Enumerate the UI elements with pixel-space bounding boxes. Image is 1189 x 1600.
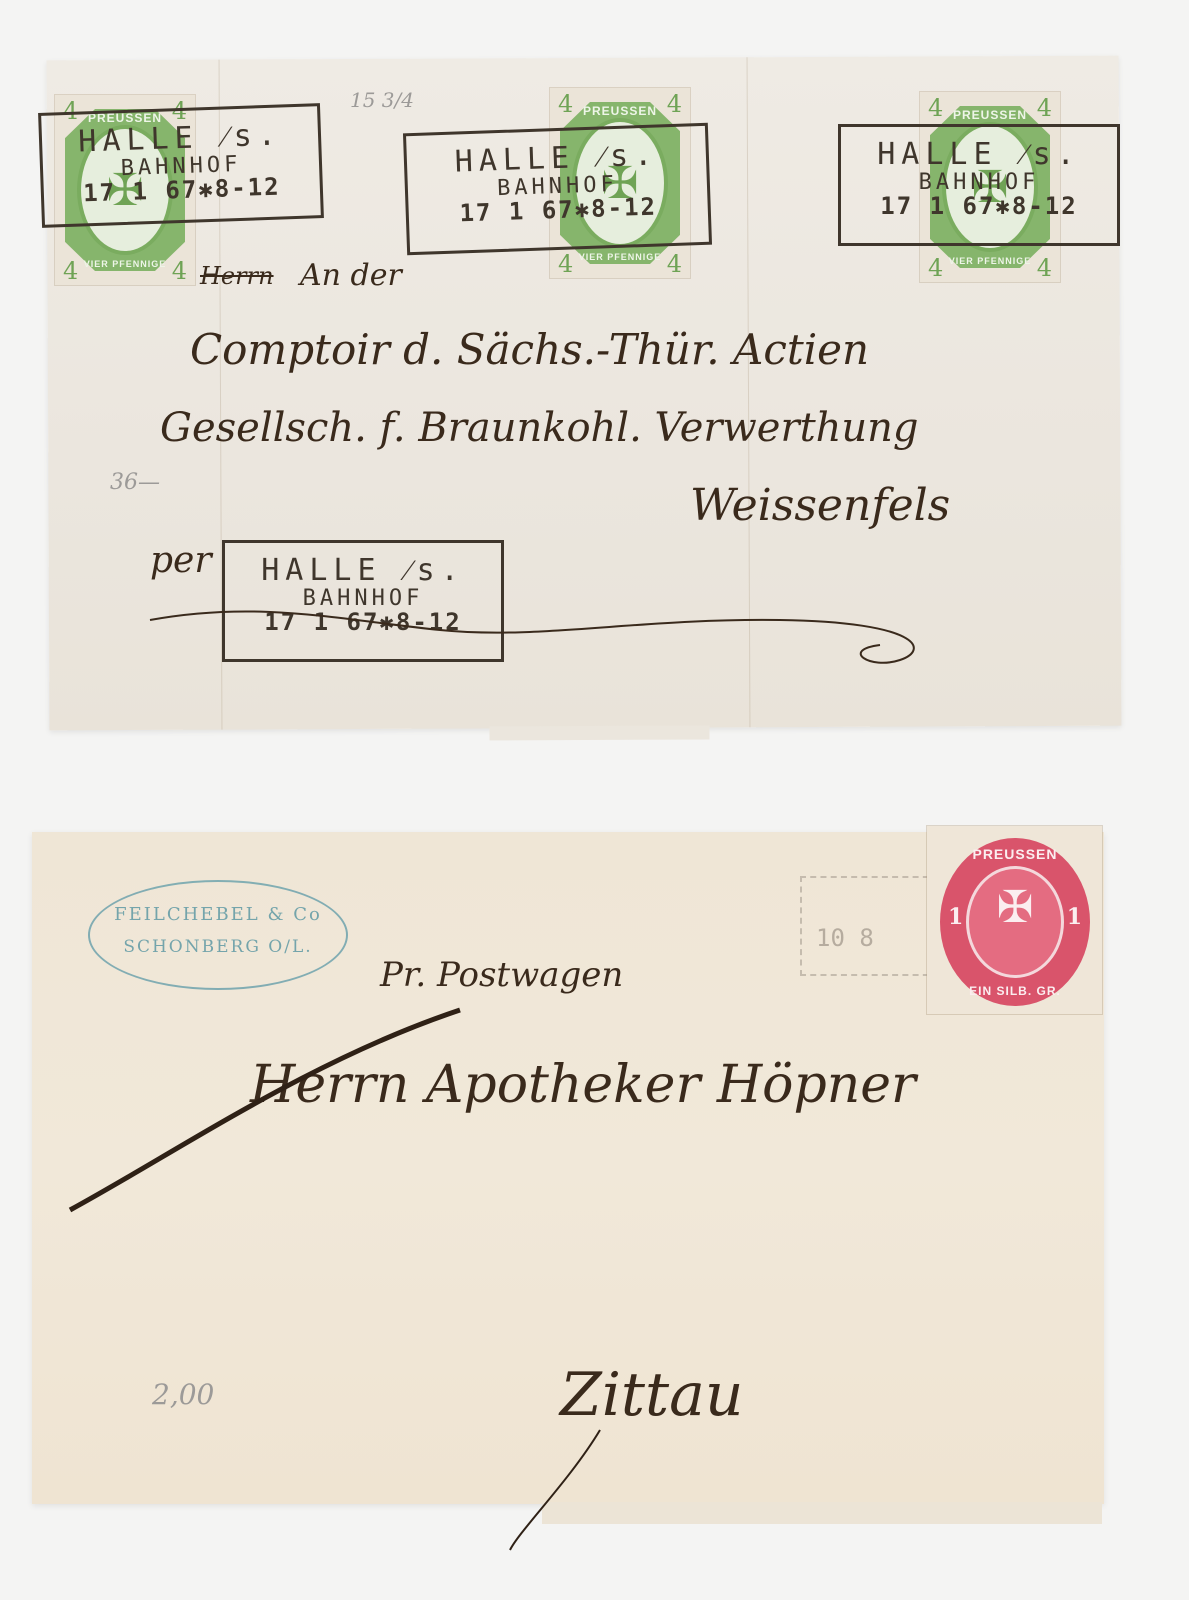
stamp-value: 4 [172, 257, 187, 285]
stamp-country: PREUSSEN [940, 846, 1090, 862]
postmark-halle-bahnhof: HALLE ⁄s. BAHNHOF 17 1 67✱8-12 [38, 103, 324, 228]
cachet-company: FEILCHEBEL & Co [90, 904, 346, 925]
routing-note: per [150, 540, 212, 581]
postmark-halle-bahnhof: HALLE ⁄s. BAHNHOF 17 1 67✱8-12 [222, 540, 504, 662]
cachet-town: SCHONBERG O/L. [90, 937, 346, 957]
postmark-date: 17 1 67✱8-12 [841, 194, 1117, 219]
struck-salutation: Herrn [200, 262, 274, 290]
envelope-flap [489, 725, 709, 740]
address-city: Zittau [560, 1360, 744, 1430]
envelope-flap [542, 1502, 1102, 1524]
routing-note: Pr. Postwagen [380, 955, 623, 995]
postmark-station: BAHNHOF [841, 171, 1117, 194]
stamp-denomination: EIN SILB. GR. [940, 984, 1090, 998]
postmark-town: HALLE ⁄s. [841, 139, 1117, 171]
stamp-value: 4 [928, 94, 943, 122]
stamp-value: 1 [948, 904, 963, 930]
pencil-note: 15 3/4 [350, 88, 414, 112]
stamp-value: 4 [667, 90, 682, 118]
address-line-1: Herrn Apotheker Höpner [250, 1055, 916, 1115]
stamp-value: 4 [667, 250, 682, 278]
stamp-value: 4 [928, 254, 943, 282]
stamp-value: 4 [63, 257, 78, 285]
stamp-value: 1 [1067, 904, 1082, 930]
address-salutation: An der [300, 258, 402, 293]
stamp-value: 4 [558, 250, 573, 278]
pencil-price: 2,00 [152, 1378, 214, 1411]
postmark-halle-bahnhof: HALLE ⁄s. BAHNHOF 17 1 67✱8-12 [838, 124, 1120, 246]
pencil-note: 36— [110, 470, 160, 495]
postmark-date: 17 1 67✱8-12 [225, 610, 501, 635]
company-cachet: FEILCHEBEL & Co SCHONBERG O/L. [88, 880, 348, 990]
address-city: Weissenfels [690, 480, 950, 531]
postmark-halle-bahnhof: HALLE ⁄s. BAHNHOF 17 1 67✱8-12 [403, 123, 712, 256]
stamp-1-silbergroschen: PREUSSEN ✠ 1 1 EIN SILB. GR. [940, 838, 1090, 1006]
fold-line [747, 57, 751, 727]
stamp-value: 4 [1037, 94, 1052, 122]
postmark-town: HALLE ⁄s. [225, 555, 501, 587]
stamp-value: 4 [558, 90, 573, 118]
stamp-value: 4 [1037, 254, 1052, 282]
address-line-1: Comptoir d. Sächs.-Thür. Actien [190, 325, 869, 374]
postmark-station: BAHNHOF [225, 587, 501, 610]
address-line-2: Gesellsch. f. Braunkohl. Verwerthung [160, 405, 919, 451]
